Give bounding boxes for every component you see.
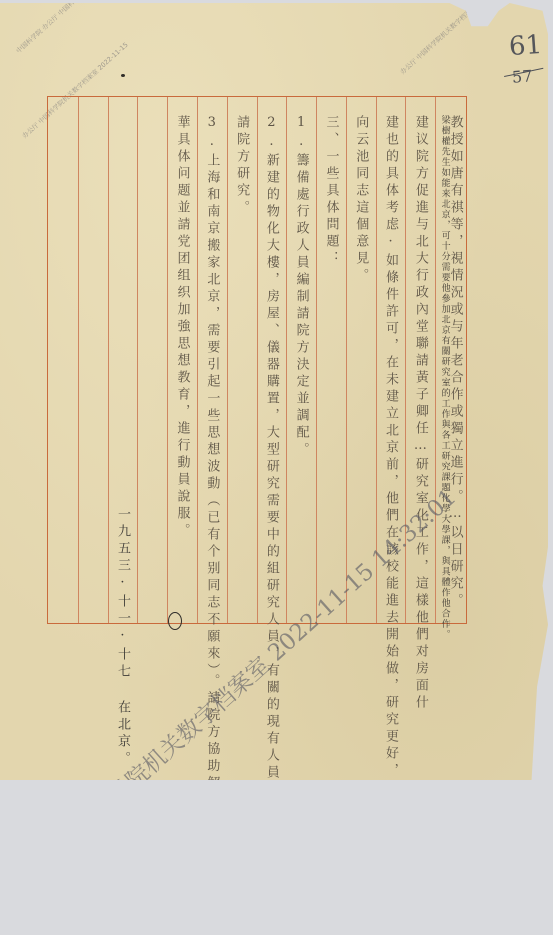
handwritten-text: 華具体问题並請党团组织加強思想教育，進行動員說服。 (176, 115, 189, 540)
document-page: 61 57 中国科学院 办公厅 中国科学院机关数字档案室 办公厅 中国科学院机关… (0, 3, 548, 780)
handwritten-text: 請院方研究。 (235, 115, 248, 217)
watermark-top-left-1: 中国科学院 办公厅 中国科学院机关数字档案室 (14, 0, 120, 55)
ink-spot (121, 74, 125, 77)
text-column-c7: 2.新建的物化大樓，房屋、儀器購置，大型研究需要中的組研究人員，有關的現有人員分… (257, 97, 287, 623)
handwritten-text: 向云池同志這個意見。 (354, 115, 367, 285)
handwritten-text: 梁樹權先生如能来北京，可十分需要他參加北京有關研究室的工作與各工研究課題化學大學… (440, 115, 449, 640)
watermark-top-right: 办公厅 中国科学院机关数字档案室 (398, 3, 478, 76)
text-column-c12: 一九五三·十一·十七 在北京。 (108, 97, 138, 623)
text-column-c13 (78, 97, 108, 623)
text-column-c10: 華具体问题並請党团组织加強思想教育，進行動員說服。 (167, 97, 197, 623)
text-column-c11 (137, 97, 167, 623)
text-column-c6: 1.籌備處行政人員編制請院方決定並調配。 (286, 97, 316, 623)
handwritten-text: 建议院方促進与北大行政內堂聯請黃子卿任…研究室化工作，這樣他們对房面什 (414, 115, 427, 712)
handwritten-text: 建也的具体考虑·如條件許可，在未建立北京前，他們在該校能進去開始做，研究更好，劃… (384, 115, 397, 780)
signature-seal-icon (168, 612, 182, 630)
text-column-c14 (48, 97, 78, 623)
handwritten-text: 三、一些具体問題： (324, 115, 337, 268)
text-column-c9: 3.上海和南京搬家北京，需要引起一些思想波動（已有个别同志不願來）。請院方協助解… (197, 97, 227, 623)
handwritten-text: 1.籌備處行政人員編制請院方決定並調配。 (295, 115, 308, 459)
old-page-number-struck: 57 (511, 66, 533, 86)
text-column-c8: 請院方研究。 (227, 97, 257, 623)
text-column-c5: 三、一些具体問題： (316, 97, 346, 623)
handwritten-text: 一九五三·十一·十七 在北京。 (116, 507, 129, 768)
text-column-c15 (18, 97, 48, 623)
page-number: 61 (508, 30, 543, 62)
